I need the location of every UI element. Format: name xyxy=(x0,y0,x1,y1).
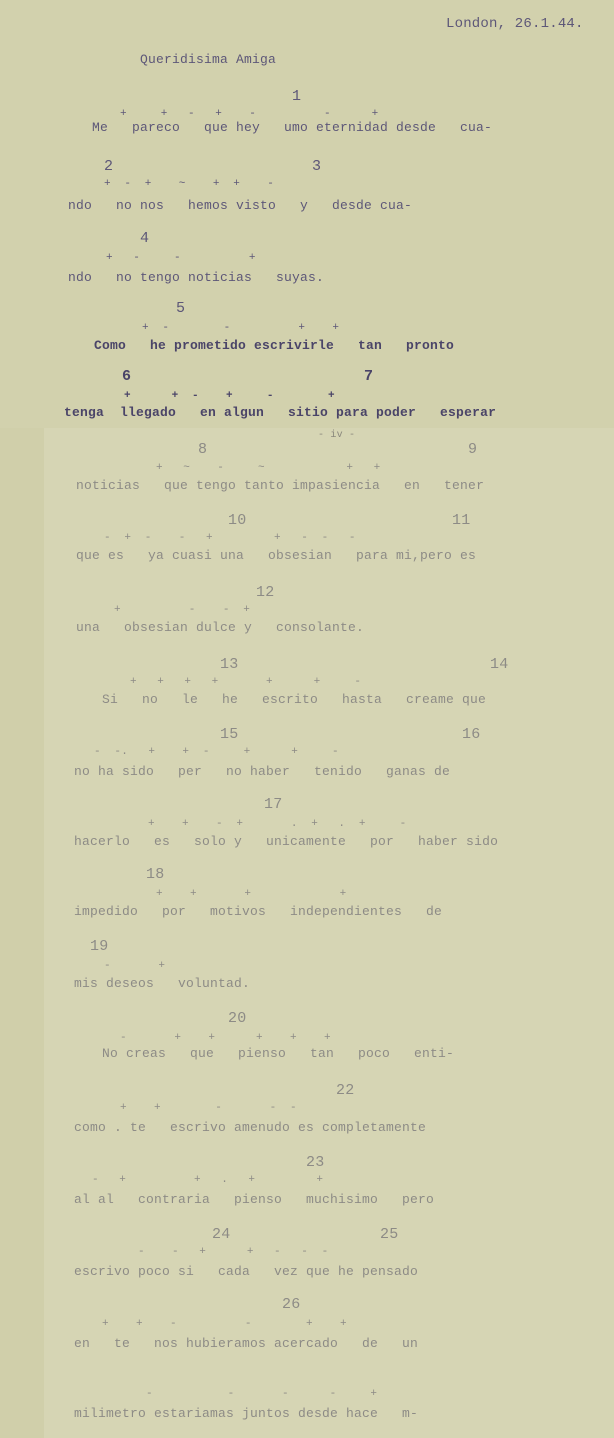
line-number: 16 xyxy=(462,726,480,743)
typed-line: mis deseos voluntad. xyxy=(74,976,250,991)
line-number: 19 xyxy=(90,938,108,955)
line-number: 2 xyxy=(104,158,113,175)
stress-marks: + - - + xyxy=(114,604,250,616)
stress-marks: + + - + - - + xyxy=(120,108,378,120)
line-number: 3 xyxy=(312,158,321,175)
typed-line: noticias que tengo tanto impasiencia en … xyxy=(76,478,484,493)
typed-line: como . te escrivo amenudo es completamen… xyxy=(74,1120,426,1135)
typed-line: milimetro estariamas juntos desde hace m… xyxy=(74,1406,418,1421)
stress-marks: - -. + + - + + - xyxy=(94,746,339,758)
stress-marks: + + - - - xyxy=(120,1102,297,1114)
lower-scan-edge xyxy=(0,428,44,1438)
stress-marks: + - + ~ + + - xyxy=(104,178,274,190)
stress-marks: + + + + xyxy=(156,888,346,900)
upper-scan-sheet xyxy=(0,0,614,428)
stress-marks: - - + + - - - xyxy=(138,1246,328,1258)
line-number: 15 xyxy=(220,726,238,743)
line-number: 1 xyxy=(292,88,301,105)
line-number: 22 xyxy=(336,1082,354,1099)
stress-marks: + - - + xyxy=(106,252,256,264)
line-number: 6 xyxy=(122,368,131,385)
line-number: 5 xyxy=(176,300,185,317)
typed-line: en te nos hubieramos acercado de un xyxy=(74,1336,418,1351)
line-number: 12 xyxy=(256,584,274,601)
stress-marks: - + + . + + xyxy=(92,1174,323,1186)
line-number: 7 xyxy=(364,368,373,385)
stress-marks: + + - + - + xyxy=(124,390,335,402)
typed-line: al al contraria pienso muchisimo pero xyxy=(74,1192,434,1207)
line-number: 24 xyxy=(212,1226,230,1243)
typed-line: Como he prometido escrivirle tan pronto xyxy=(94,338,454,353)
stress-marks: - + - - + + - - - xyxy=(104,532,356,544)
line-number: 14 xyxy=(490,656,508,673)
typed-line: escrivo poco si cada vez que he pensado xyxy=(74,1264,418,1279)
typed-line: hacerlo es solo y unicamente por haber s… xyxy=(74,834,498,849)
typed-line: no ha sido per no haber tenido ganas de xyxy=(74,764,450,779)
line-number: 8 xyxy=(198,441,207,458)
lower-scan-sheet xyxy=(0,428,614,1438)
line-number: 10 xyxy=(228,512,246,529)
stress-marks: + + - - + + xyxy=(102,1318,347,1330)
typed-line: que es ya cuasi una obsesian para mi,per… xyxy=(76,548,476,563)
line-number: 20 xyxy=(228,1010,246,1027)
typed-line: una obsesian dulce y consolante. xyxy=(76,620,364,635)
line-number: 26 xyxy=(282,1296,300,1313)
line-number: 9 xyxy=(468,441,477,458)
place-date: London, 26.1.44. xyxy=(446,16,584,32)
stress-marks: + ~ - ~ + + xyxy=(156,462,380,474)
page-marker: - iv - xyxy=(318,430,355,441)
line-number: 17 xyxy=(264,796,282,813)
stress-marks: + - - + + xyxy=(142,322,339,334)
line-number: 25 xyxy=(380,1226,398,1243)
typed-line: ndo no nos hemos visto y desde cua- xyxy=(68,198,412,213)
stress-marks: - - - - + xyxy=(146,1388,377,1400)
typed-line: impedido por motivos independientes de xyxy=(74,904,442,919)
stress-marks: + + + + + + - xyxy=(130,676,361,688)
stress-marks: - + + + + + xyxy=(120,1032,331,1044)
greeting: Queridisima Amiga xyxy=(140,52,276,67)
line-number: 4 xyxy=(140,230,149,247)
typed-line: ndo no tengo noticias suyas. xyxy=(68,270,324,285)
typed-line: No creas que pienso tan poco enti- xyxy=(102,1046,454,1061)
line-number: 13 xyxy=(220,656,238,673)
stress-marks: + + - + . + . + - xyxy=(148,818,406,830)
stress-marks: - + xyxy=(104,960,165,972)
typed-line: Me pareco que hey umo eternidad desde cu… xyxy=(92,120,492,135)
line-number: 23 xyxy=(306,1154,324,1171)
line-number: 18 xyxy=(146,866,164,883)
typed-line: Si no le he escrito hasta creame que xyxy=(102,692,486,707)
line-number: 11 xyxy=(452,512,470,529)
typed-line: tenga llegado en algun sitio para poder … xyxy=(64,405,496,420)
